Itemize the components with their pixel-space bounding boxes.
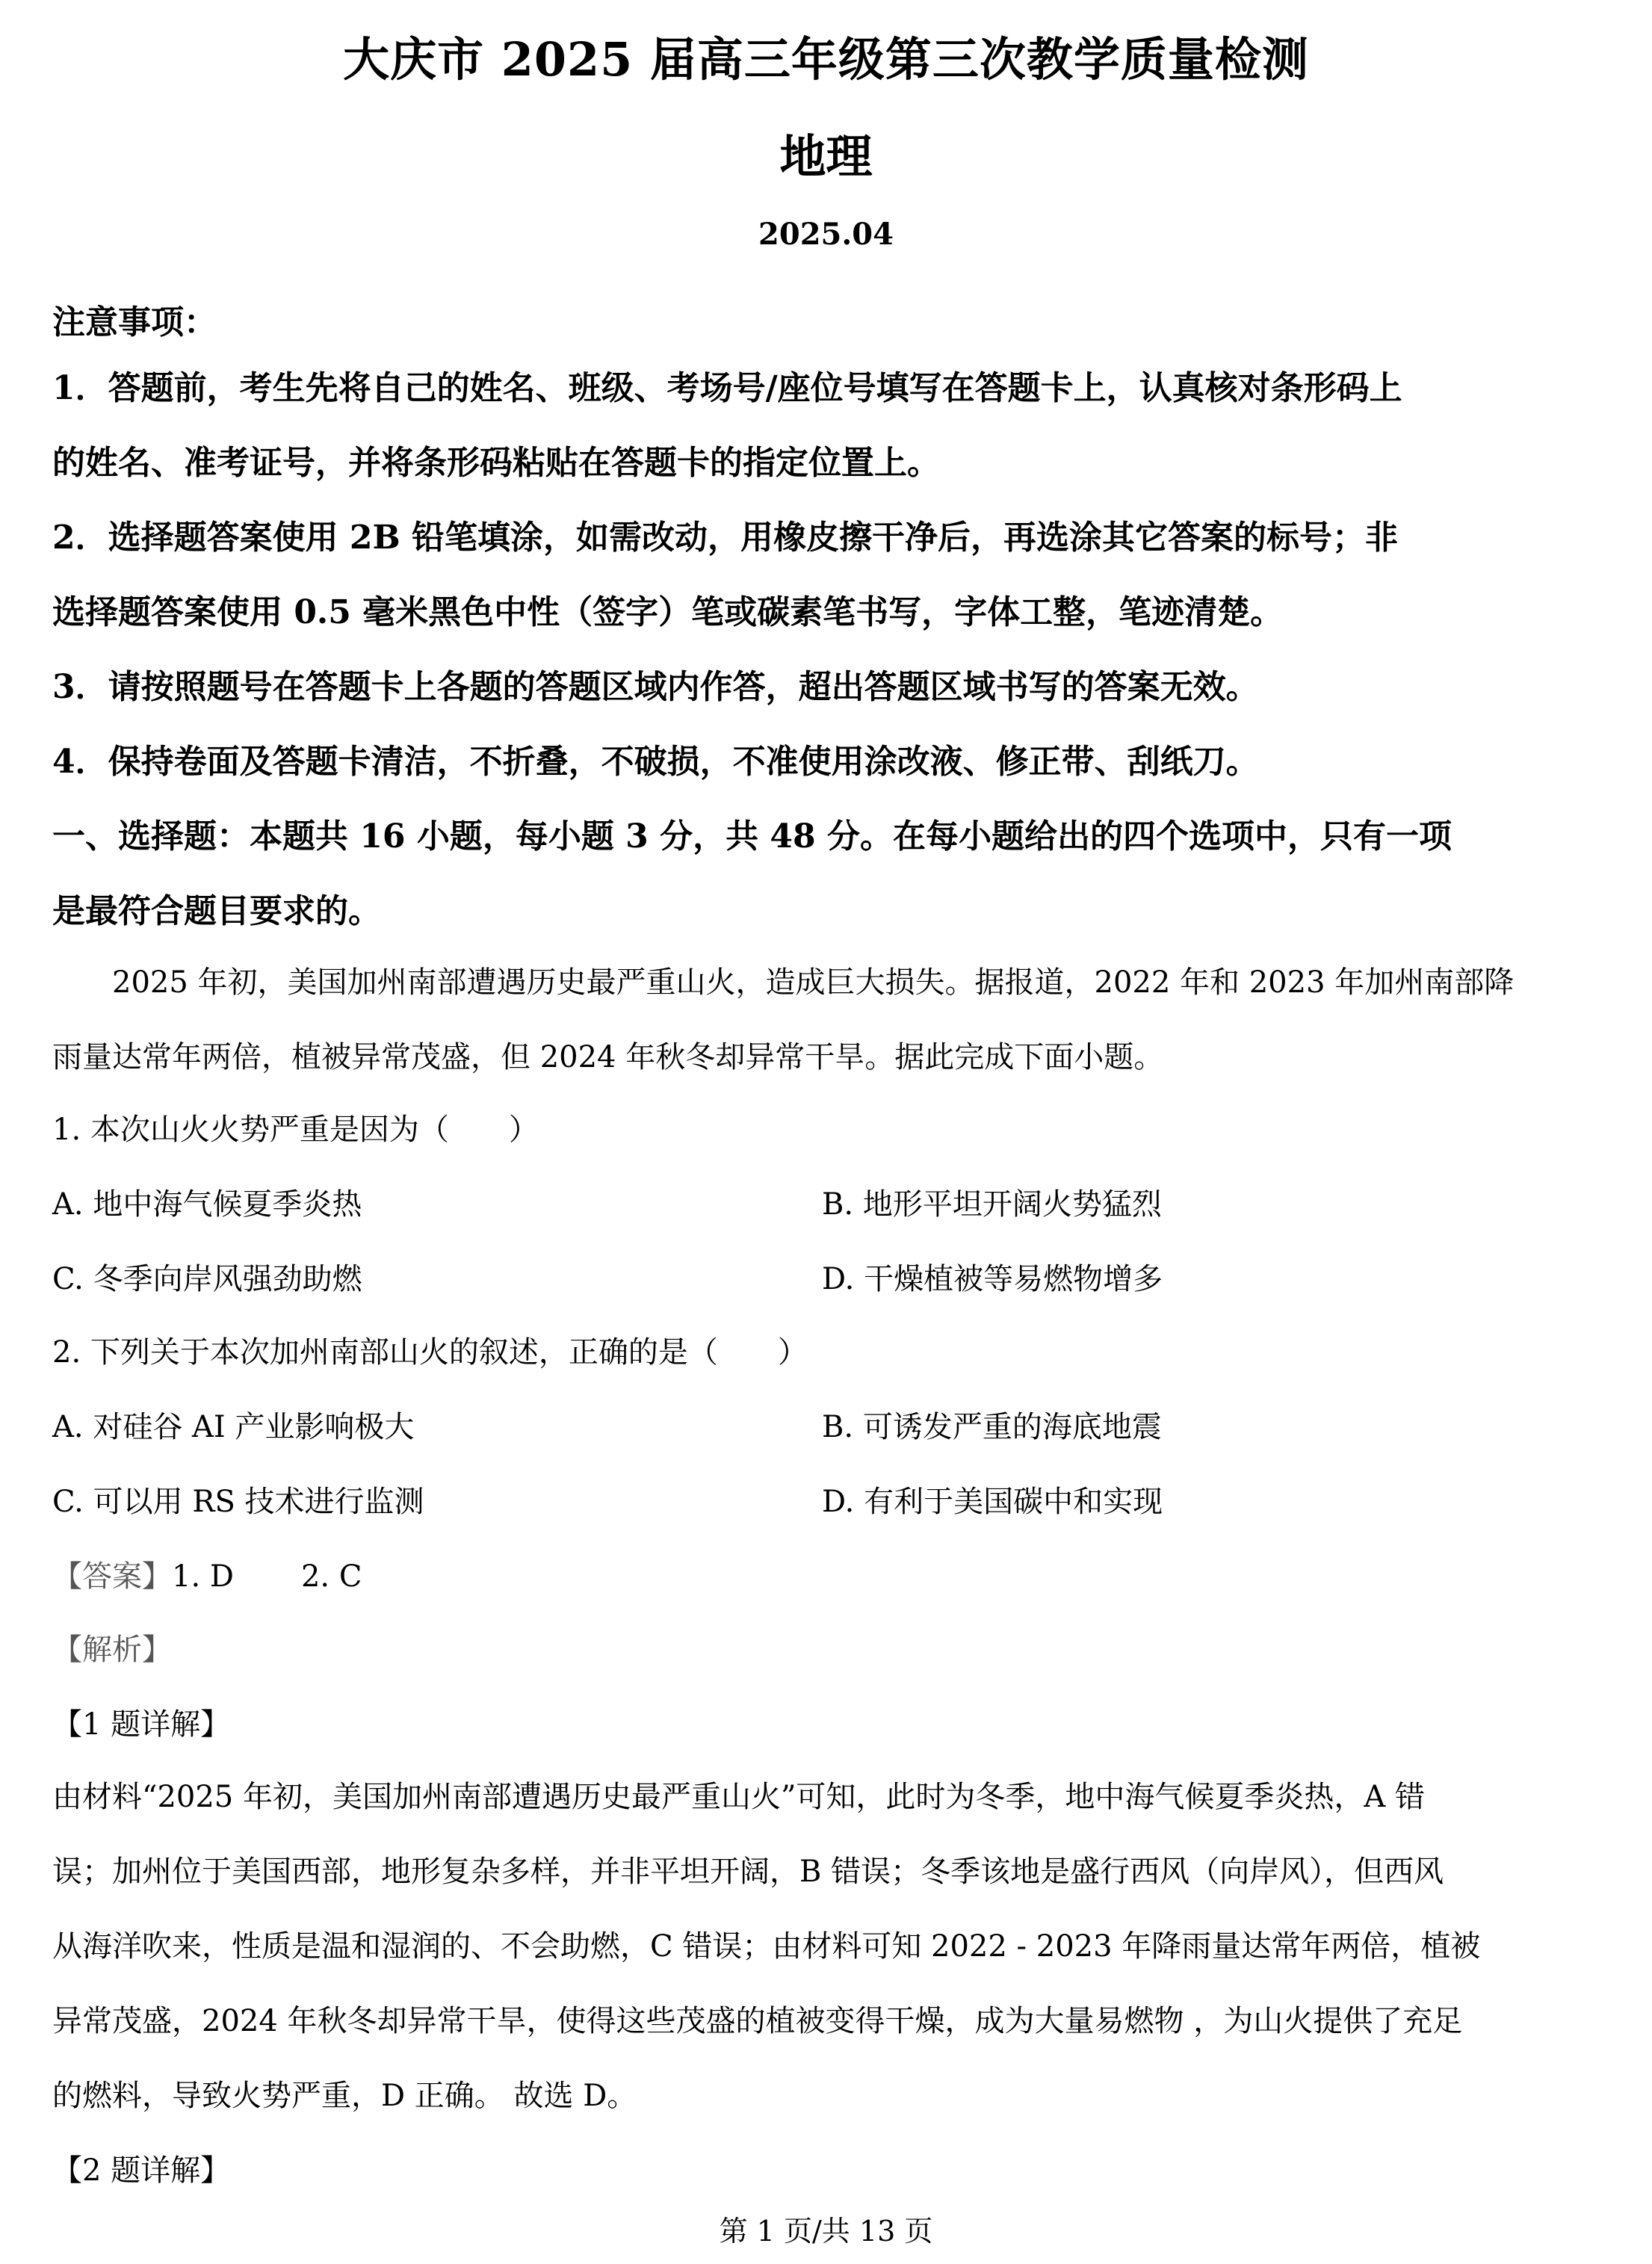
subject-title: 地理 [0, 120, 1652, 186]
page-number: 第 1 页/共 13 页 [0, 2208, 1652, 2249]
notice-line-1: 1．答题前，考生先将自己的姓名、班级、考场号/座位号填写在答题卡上，认真核对条形… [52, 361, 1402, 409]
q1-detail-heading: 【1 题详解】 [52, 1701, 230, 1743]
question-1-option-b: B. 地形平坦开阔火势猛烈 [822, 1181, 1162, 1223]
passage-line-2: 雨量达常年两倍，植被异常茂盛，但 2024 年秋冬却异常干旱。据此完成下面小题。 [52, 1033, 1163, 1076]
answer-tag: 【答案】 [52, 1559, 172, 1594]
question-2-option-a: A. 对硅谷 AI 产业影响极大 [52, 1403, 414, 1446]
exam-date: 2025.04 [0, 217, 1652, 252]
notice-line-4: 选择题答案使用 0.5 毫米黑色中性（签字）笔或碳素笔书写，字体工整，笔迹清楚。 [52, 585, 1283, 633]
question-1-option-c: C. 冬季向岸风强劲助燃 [52, 1255, 362, 1298]
q2-detail-heading: 【2 题详解】 [52, 2147, 230, 2189]
answer-value-2: 2. C [301, 1559, 362, 1594]
q1-detail-line-1: 由材料“2025 年初，美国加州南部遭遇历史最严重山火”可知，此时为冬季，地中海… [52, 1773, 1425, 1816]
answer-line: 【答案】1. D2. C [52, 1553, 362, 1595]
answer-value-1: 1. D [172, 1559, 234, 1594]
question-1-stem: 1. 本次山火火势严重是因为（ ） [52, 1106, 539, 1148]
exam-title: 大庆市 2025 届高三年级第三次教学质量检测 [0, 22, 1652, 89]
question-2-option-c: C. 可以用 RS 技术进行监测 [52, 1478, 424, 1521]
question-2-option-d: D. 有利于美国碳中和实现 [822, 1478, 1163, 1521]
q1-detail-line-5: 的燃料，导致火势严重，D 正确。 故选 D。 [52, 2072, 637, 2115]
question-1-option-d: D. 干燥植被等易燃物增多 [822, 1255, 1163, 1298]
question-2-option-b: B. 可诱发严重的海底地震 [822, 1403, 1162, 1446]
question-1-option-a: A. 地中海气候夏季炎热 [52, 1181, 362, 1223]
q1-detail-line-2: 误；加州位于美国西部，地形复杂多样，并非平坦开阔，B 错误；冬季该地是盛行西风（… [52, 1848, 1444, 1890]
q1-detail-line-4: 异常茂盛，2024 年秋冬却异常干旱，使得这些茂盛的植被变得干燥，成为大量易燃物… [52, 1997, 1462, 2040]
question-2-stem: 2. 下列关于本次加州南部山火的叙述，正确的是（ ） [52, 1329, 808, 1371]
document-page: 大庆市 2025 届高三年级第三次教学质量检测 地理 2025.04 注意事项：… [0, 0, 1652, 2264]
q1-detail-line-3: 从海洋吹来，性质是温和湿润的、不会助燃，C 错误；由材料可知 2022 - 20… [52, 1923, 1480, 1965]
notice-line-3: 2．选择题答案使用 2B 铅笔填涂，如需改动，用橡皮擦干净后，再选涂其它答案的标… [52, 510, 1398, 558]
notice-heading: 注意事项： [52, 295, 217, 343]
notice-line-5: 3．请按照题号在答题卡上各题的答题区域内作答，超出答题区域书写的答案无效。 [52, 660, 1259, 708]
passage-line-1: 2025 年初，美国加州南部遭遇历史最严重山火，造成巨大损失。据报道，2022 … [112, 959, 1514, 1001]
analysis-tag: 【解析】 [52, 1626, 172, 1668]
notice-line-2: 的姓名、准考证号，并将条形码粘贴在答题卡的指定位置上。 [52, 436, 940, 483]
section-heading-line-2: 是最符合题目要求的。 [52, 884, 381, 932]
notice-line-6: 4．保持卷面及答题卡清洁，不折叠，不破损，不准使用涂改液、修正带、刮纸刀。 [52, 734, 1259, 782]
section-heading-line-1: 一、选择题：本题共 16 小题，每小题 3 分，共 48 分。在每小题给出的四个… [52, 809, 1452, 857]
